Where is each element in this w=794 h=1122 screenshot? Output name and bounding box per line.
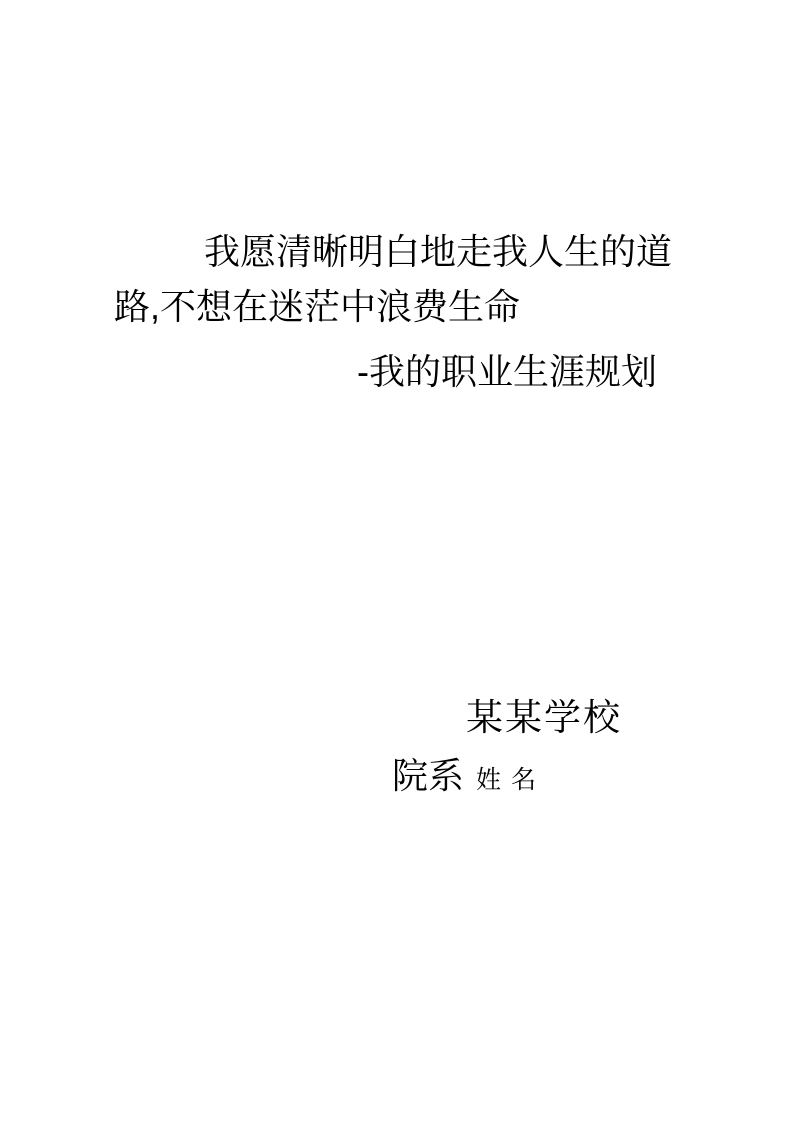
department-label: 院系: [392, 758, 464, 794]
title-line-1: 我愿清晰明白地走我人生的道: [204, 234, 672, 270]
name-label: 姓名: [476, 767, 546, 792]
school-name: 某某学校: [466, 699, 622, 736]
subtitle: -我的职业生涯规划: [357, 354, 657, 390]
document-page: 我愿清晰明白地走我人生的道 路,不想在迷茫中浪费生命 -我的职业生涯规划 某某学…: [0, 0, 794, 1122]
title-line-2: 路,不想在迷茫中浪费生命: [114, 289, 520, 325]
department-name-row: 院系 姓名: [392, 758, 546, 794]
